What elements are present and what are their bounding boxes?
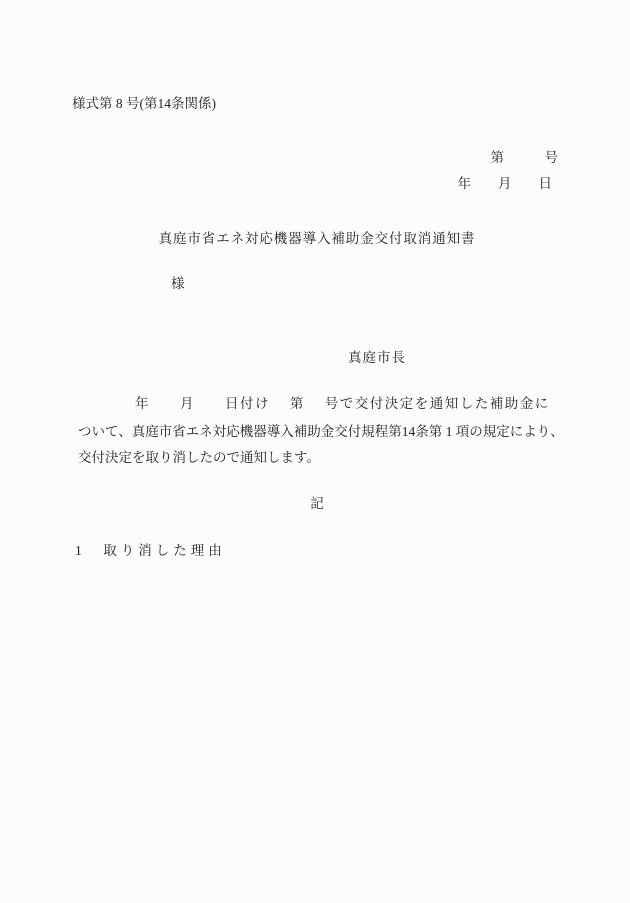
document-number-line: 第 号: [491, 151, 559, 165]
addressee-honorific: 様: [171, 277, 185, 291]
record-heading: 記: [72, 497, 562, 511]
document-title: 真庭市省エネ対応機器導入補助金交付取消通知書: [72, 232, 562, 246]
form-number-label: 様式第 8 号(第14条関係): [72, 97, 216, 111]
body-line-1: 年 月 日付け 第 号で交付決定を通知した補助金に: [75, 397, 550, 411]
date-line: 年 月 日: [458, 177, 553, 191]
body-line-2: ついて、真庭市省エネ対応機器導入補助金交付規程第14条第 1 項の規定により、: [78, 425, 564, 439]
body-line-3: 交付決定を取り消したので通知します。: [78, 451, 320, 465]
item-1-reason-heading: 1 取り消した理由: [75, 544, 226, 558]
document-page: 様式第 8 号(第14条関係) 第 号 年 月 日 真庭市省エネ対応機器導入補助…: [0, 0, 630, 903]
sender-line: 真庭市長: [348, 351, 406, 365]
